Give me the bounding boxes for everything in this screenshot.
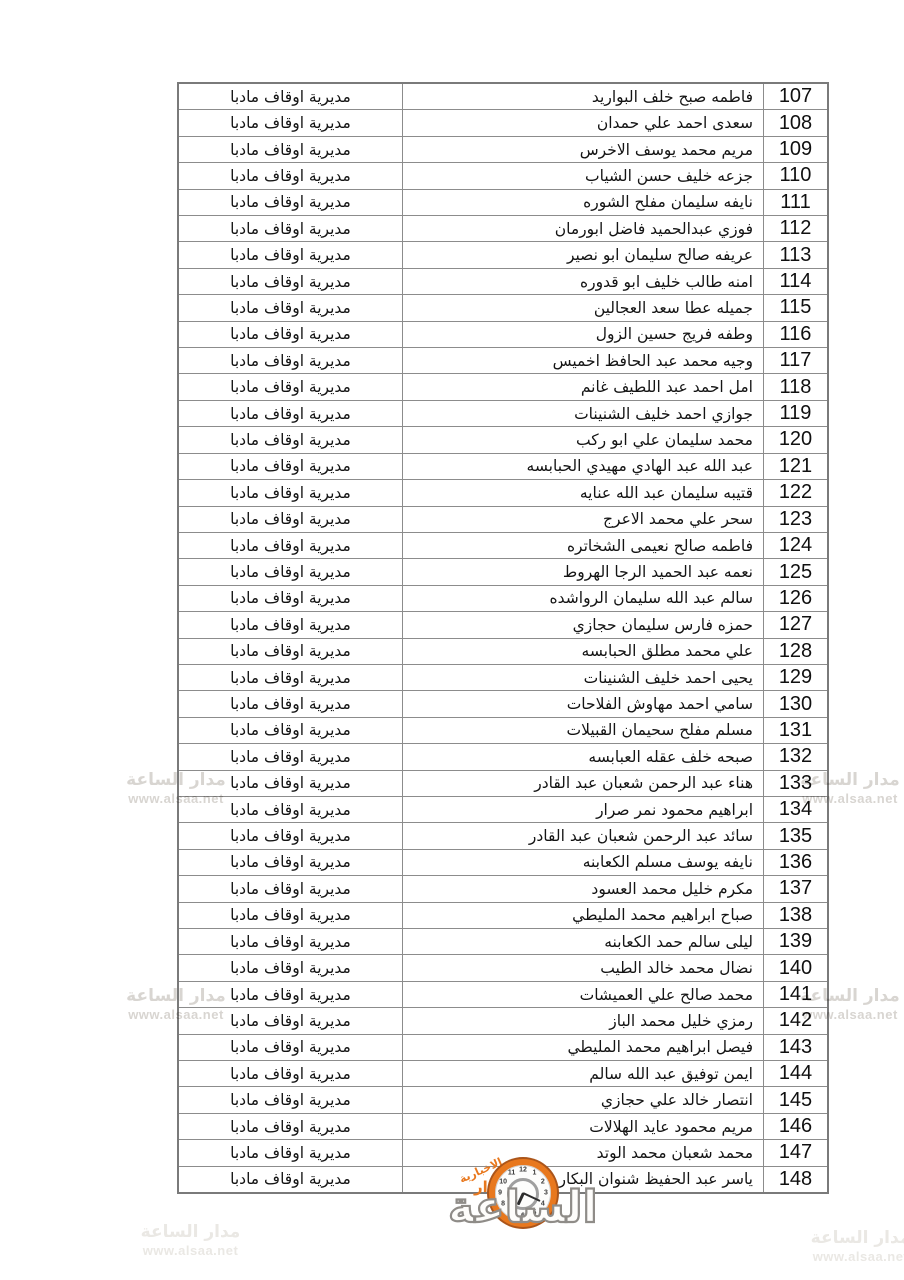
directorate-cell: مديرية اوقاف مادبا — [179, 374, 402, 399]
directorate-cell: مديرية اوقاف مادبا — [179, 269, 402, 294]
name-cell: سامي احمد مهاوش الفلاحات — [402, 691, 764, 716]
directorate-cell: مديرية اوقاف مادبا — [179, 480, 402, 505]
table-row: مديرية اوقاف مادبافوزي عبدالحميد فاضل اب… — [179, 215, 827, 241]
table-row: مديرية اوقاف مادباامل احمد عبد اللطيف غا… — [179, 373, 827, 399]
table-row: مديرية اوقاف مادباوجيه محمد عبد الحافظ ا… — [179, 347, 827, 373]
directorate-cell: مديرية اوقاف مادبا — [179, 1061, 402, 1086]
name-cell: فيصل ابراهيم محمد المليطي — [402, 1035, 764, 1060]
number-cell: 115 — [764, 295, 827, 320]
table-row: مديرية اوقاف مادبامريم محمد يوسف الاخرس1… — [179, 136, 827, 162]
table-row: مديرية اوقاف مادباجزعه خليف حسن الشياب11… — [179, 162, 827, 188]
number-cell: 134 — [764, 797, 827, 822]
number-cell: 123 — [764, 507, 827, 532]
name-cell: وطفه فريج حسين الزول — [402, 322, 764, 347]
name-cell: امنه طالب خليف ابو قدوره — [402, 269, 764, 294]
number-cell: 143 — [764, 1035, 827, 1060]
table-row: مديرية اوقاف مادبامحمد شعبان محمد الوتد1… — [179, 1139, 827, 1165]
directorate-cell: مديرية اوقاف مادبا — [179, 718, 402, 743]
number-cell: 122 — [764, 480, 827, 505]
watermark-site-name: مدار الساعة — [778, 1228, 904, 1249]
name-cell: انتصار خالد علي حجازي — [402, 1087, 764, 1112]
number-cell: 131 — [764, 718, 827, 743]
directorate-cell: مديرية اوقاف مادبا — [179, 1140, 402, 1165]
table-row: مديرية اوقاف مادبافاطمه صبح خلف البواريد… — [179, 84, 827, 109]
table-row: مديرية اوقاف مادبانعمه عبد الحميد الرجا … — [179, 558, 827, 584]
directorate-cell: مديرية اوقاف مادبا — [179, 190, 402, 215]
number-cell: 137 — [764, 876, 827, 901]
directorate-cell: مديرية اوقاف مادبا — [179, 242, 402, 267]
table-row: مديرية اوقاف مادبافيصل ابراهيم محمد المل… — [179, 1034, 827, 1060]
name-cell: فوزي عبدالحميد فاضل ابورمان — [402, 216, 764, 241]
number-cell: 109 — [764, 137, 827, 162]
name-cell: وجيه محمد عبد الحافظ اخميس — [402, 348, 764, 373]
name-cell: ياسر عبد الحفيظ شنوان البكار — [402, 1167, 764, 1192]
number-cell: 117 — [764, 348, 827, 373]
number-cell: 146 — [764, 1114, 827, 1139]
directorate-cell: مديرية اوقاف مادبا — [179, 427, 402, 452]
directorate-cell: مديرية اوقاف مادبا — [179, 586, 402, 611]
number-cell: 145 — [764, 1087, 827, 1112]
directorate-cell: مديرية اوقاف مادبا — [179, 137, 402, 162]
number-cell: 120 — [764, 427, 827, 452]
name-cell: مريم محمد يوسف الاخرس — [402, 137, 764, 162]
table-row: مديرية اوقاف مادباانتصار خالد علي حجازي1… — [179, 1086, 827, 1112]
number-cell: 119 — [764, 401, 827, 426]
table-row: مديرية اوقاف مادباجميله عطا سعد العجالين… — [179, 294, 827, 320]
directorate-cell: مديرية اوقاف مادبا — [179, 1167, 402, 1192]
number-cell: 141 — [764, 982, 827, 1007]
table-row: مديرية اوقاف مادباليلى سالم حمد الكعابنه… — [179, 928, 827, 954]
table-row: مديرية اوقاف مادبامحمد سليمان علي ابو رك… — [179, 426, 827, 452]
name-cell: جزعه خليف حسن الشياب — [402, 163, 764, 188]
name-cell: محمد سليمان علي ابو ركب — [402, 427, 764, 452]
name-cell: نايفه سليمان مفلح الشوره — [402, 190, 764, 215]
directorate-cell: مديرية اوقاف مادبا — [179, 507, 402, 532]
clock-hour-hand — [516, 1192, 524, 1205]
directorate-cell: مديرية اوقاف مادبا — [179, 295, 402, 320]
directorate-cell: مديرية اوقاف مادبا — [179, 1008, 402, 1033]
number-cell: 148 — [764, 1167, 827, 1192]
directorate-cell: مديرية اوقاف مادبا — [179, 982, 402, 1007]
directorate-cell: مديرية اوقاف مادبا — [179, 322, 402, 347]
number-cell: 135 — [764, 823, 827, 848]
number-cell: 126 — [764, 586, 827, 611]
table-row: مديرية اوقاف مادباعلي محمد مطلق الحبابسه… — [179, 638, 827, 664]
table-row: مديرية اوقاف مادباعبد الله عبد الهادي مه… — [179, 453, 827, 479]
table-row: مديرية اوقاف مادباقتيبه سليمان عبد الله … — [179, 479, 827, 505]
number-cell: 116 — [764, 322, 827, 347]
number-cell: 142 — [764, 1008, 827, 1033]
number-cell: 129 — [764, 665, 827, 690]
number-cell: 130 — [764, 691, 827, 716]
table-row: مديرية اوقاف مادبافاطمه صالح نعيمى الشخا… — [179, 532, 827, 558]
table-row: مديرية اوقاف مادباحمزه فارس سليمان حجازي… — [179, 611, 827, 637]
name-cell: عبد الله عبد الهادي مهيدي الحبابسه — [402, 454, 764, 479]
directorate-cell: مديرية اوقاف مادبا — [179, 348, 402, 373]
table-row: مديرية اوقاف مادبانضال محمد خالد الطيب14… — [179, 954, 827, 980]
number-cell: 125 — [764, 559, 827, 584]
table-row: مديرية اوقاف مادباسامي احمد مهاوش الفلاح… — [179, 690, 827, 716]
number-cell: 108 — [764, 110, 827, 135]
name-cell: يحيى احمد خليف الشنينات — [402, 665, 764, 690]
table-row: مديرية اوقاف مادبانايفه يوسف مسلم الكعاب… — [179, 849, 827, 875]
name-cell: صبحه خلف عقله العبابسه — [402, 744, 764, 769]
number-cell: 127 — [764, 612, 827, 637]
name-cell: فاطمه صالح نعيمى الشخاتره — [402, 533, 764, 558]
name-cell: امل احمد عبد اللطيف غانم — [402, 374, 764, 399]
name-cell: سالم عبد الله سليمان الرواشده — [402, 586, 764, 611]
table-row: مديرية اوقاف مادباصباح ابراهيم محمد المل… — [179, 902, 827, 928]
name-cell: جوازي احمد خليف الشنينات — [402, 401, 764, 426]
name-cell: ليلى سالم حمد الكعابنه — [402, 929, 764, 954]
name-cell: نعمه عبد الحميد الرجا الهروط — [402, 559, 764, 584]
directorate-cell: مديرية اوقاف مادبا — [179, 744, 402, 769]
number-cell: 112 — [764, 216, 827, 241]
table-row: مديرية اوقاف مادبامريم محمود عايد الهلال… — [179, 1113, 827, 1139]
directorate-cell: مديرية اوقاف مادبا — [179, 1114, 402, 1139]
directorate-cell: مديرية اوقاف مادبا — [179, 454, 402, 479]
table-row: مديرية اوقاف مادباعريفه صالح سليمان ابو … — [179, 241, 827, 267]
table-row: مديرية اوقاف مادباصبحه خلف عقله العبابسه… — [179, 743, 827, 769]
clock-number: 8 — [501, 1201, 505, 1208]
directorate-cell: مديرية اوقاف مادبا — [179, 1087, 402, 1112]
clock-number: 4 — [541, 1201, 545, 1208]
number-cell: 121 — [764, 454, 827, 479]
table-row: مديرية اوقاف مادباامنه طالب خليف ابو قدو… — [179, 268, 827, 294]
name-cell: علي محمد مطلق الحبابسه — [402, 639, 764, 664]
number-cell: 114 — [764, 269, 827, 294]
number-cell: 107 — [764, 84, 827, 109]
clock-number: 5 — [533, 1209, 537, 1216]
table-row: مديرية اوقاف مادباسحر علي محمد الاعرج123 — [179, 506, 827, 532]
directorate-cell: مديرية اوقاف مادبا — [179, 110, 402, 135]
directorate-cell: مديرية اوقاف مادبا — [179, 691, 402, 716]
directorate-cell: مديرية اوقاف مادبا — [179, 850, 402, 875]
name-cell: سعدى احمد علي حمدان — [402, 110, 764, 135]
number-cell: 111 — [764, 190, 827, 215]
directorate-cell: مديرية اوقاف مادبا — [179, 163, 402, 188]
name-cell: صباح ابراهيم محمد المليطي — [402, 903, 764, 928]
number-cell: 113 — [764, 242, 827, 267]
document-page: مديرية اوقاف مادبافاطمه صبح خلف البواريد… — [0, 0, 904, 1280]
name-cell: سائد عبد الرحمن شعبان عبد القادر — [402, 823, 764, 848]
number-cell: 110 — [764, 163, 827, 188]
directorate-cell: مديرية اوقاف مادبا — [179, 612, 402, 637]
directorate-cell: مديرية اوقاف مادبا — [179, 823, 402, 848]
name-cell: فاطمه صبح خلف البواريد — [402, 84, 764, 109]
directorate-cell: مديرية اوقاف مادبا — [179, 665, 402, 690]
directorate-cell: مديرية اوقاف مادبا — [179, 876, 402, 901]
name-cell: نضال محمد خالد الطيب — [402, 955, 764, 980]
name-cell: عريفه صالح سليمان ابو نصير — [402, 242, 764, 267]
table-row: مديرية اوقاف مادباابراهيم محمود نمر صرار… — [179, 796, 827, 822]
clock-number: 6 — [521, 1212, 525, 1219]
directorate-cell: مديرية اوقاف مادبا — [179, 771, 402, 796]
table-row: مديرية اوقاف مادباهناء عبد الرحمن شعبان … — [179, 770, 827, 796]
number-cell: 138 — [764, 903, 827, 928]
number-cell: 136 — [764, 850, 827, 875]
clock-number: 7 — [510, 1209, 514, 1216]
directorate-cell: مديرية اوقاف مادبا — [179, 903, 402, 928]
name-cell: جميله عطا سعد العجالين — [402, 295, 764, 320]
name-cell: مكرم خليل محمد العسود — [402, 876, 764, 901]
table-row: مديرية اوقاف مادبانايفه سليمان مفلح الشو… — [179, 189, 827, 215]
name-cell: سحر علي محمد الاعرج — [402, 507, 764, 532]
name-cell: نايفه يوسف مسلم الكعابنه — [402, 850, 764, 875]
watermark: مدار الساعة www.alsaa.net — [778, 1228, 904, 1266]
table-row: مديرية اوقاف مادبامحمد صالح علي العميشات… — [179, 981, 827, 1007]
directorate-cell: مديرية اوقاف مادبا — [179, 929, 402, 954]
table-row: مديرية اوقاف مادبامكرم خليل محمد العسود1… — [179, 875, 827, 901]
name-cell: محمد شعبان محمد الوتد — [402, 1140, 764, 1165]
directorate-cell: مديرية اوقاف مادبا — [179, 639, 402, 664]
directorate-cell: مديرية اوقاف مادبا — [179, 84, 402, 109]
directorate-cell: مديرية اوقاف مادبا — [179, 533, 402, 558]
directorate-cell: مديرية اوقاف مادبا — [179, 955, 402, 980]
name-cell: مريم محمود عايد الهلالات — [402, 1114, 764, 1139]
number-cell: 144 — [764, 1061, 827, 1086]
number-cell: 128 — [764, 639, 827, 664]
number-cell: 124 — [764, 533, 827, 558]
directorate-cell: مديرية اوقاف مادبا — [179, 401, 402, 426]
table-row: مديرية اوقاف مادباايمن توفيق عبد الله سا… — [179, 1060, 827, 1086]
number-cell: 118 — [764, 374, 827, 399]
name-cell: هناء عبد الرحمن شعبان عبد القادر — [402, 771, 764, 796]
number-cell: 139 — [764, 929, 827, 954]
directorate-cell: مديرية اوقاف مادبا — [179, 797, 402, 822]
table-row: مديرية اوقاف مادباوطفه فريج حسين الزول11… — [179, 321, 827, 347]
table-row: مديرية اوقاف مادبايحيى احمد خليف الشنينا… — [179, 664, 827, 690]
watermark: مدار الساعة www.alsaa.net — [108, 1222, 273, 1260]
name-cell: ابراهيم محمود نمر صرار — [402, 797, 764, 822]
name-cell: قتيبه سليمان عبد الله عنايه — [402, 480, 764, 505]
watermark-site-url: www.alsaa.net — [778, 1249, 904, 1265]
watermark-site-url: www.alsaa.net — [108, 1243, 273, 1259]
table-row: مديرية اوقاف مادبامسلم مفلح سحيمان القبي… — [179, 717, 827, 743]
watermark-site-name: مدار الساعة — [108, 1222, 273, 1243]
table-row: مديرية اوقاف مادباسائد عبد الرحمن شعبان … — [179, 822, 827, 848]
table-row: مديرية اوقاف مادباجوازي احمد خليف الشنين… — [179, 400, 827, 426]
directorate-cell: مديرية اوقاف مادبا — [179, 1035, 402, 1060]
number-cell: 147 — [764, 1140, 827, 1165]
name-cell: مسلم مفلح سحيمان القبيلات — [402, 718, 764, 743]
table-row: مديرية اوقاف مادباسالم عبد الله سليمان ا… — [179, 585, 827, 611]
name-cell: رمزي خليل محمد الباز — [402, 1008, 764, 1033]
number-cell: 132 — [764, 744, 827, 769]
directorate-cell: مديرية اوقاف مادبا — [179, 559, 402, 584]
name-cell: محمد صالح علي العميشات — [402, 982, 764, 1007]
awqaf-table: مديرية اوقاف مادبافاطمه صبح خلف البواريد… — [177, 82, 829, 1194]
number-cell: 133 — [764, 771, 827, 796]
directorate-cell: مديرية اوقاف مادبا — [179, 216, 402, 241]
table-row: مديرية اوقاف مادبارمزي خليل محمد الباز14… — [179, 1007, 827, 1033]
number-cell: 140 — [764, 955, 827, 980]
table-row: مديرية اوقاف مادباياسر عبد الحفيظ شنوان … — [179, 1166, 827, 1192]
name-cell: ايمن توفيق عبد الله سالم — [402, 1061, 764, 1086]
table-row: مديرية اوقاف مادباسعدى احمد علي حمدان108 — [179, 109, 827, 135]
name-cell: حمزه فارس سليمان حجازي — [402, 612, 764, 637]
